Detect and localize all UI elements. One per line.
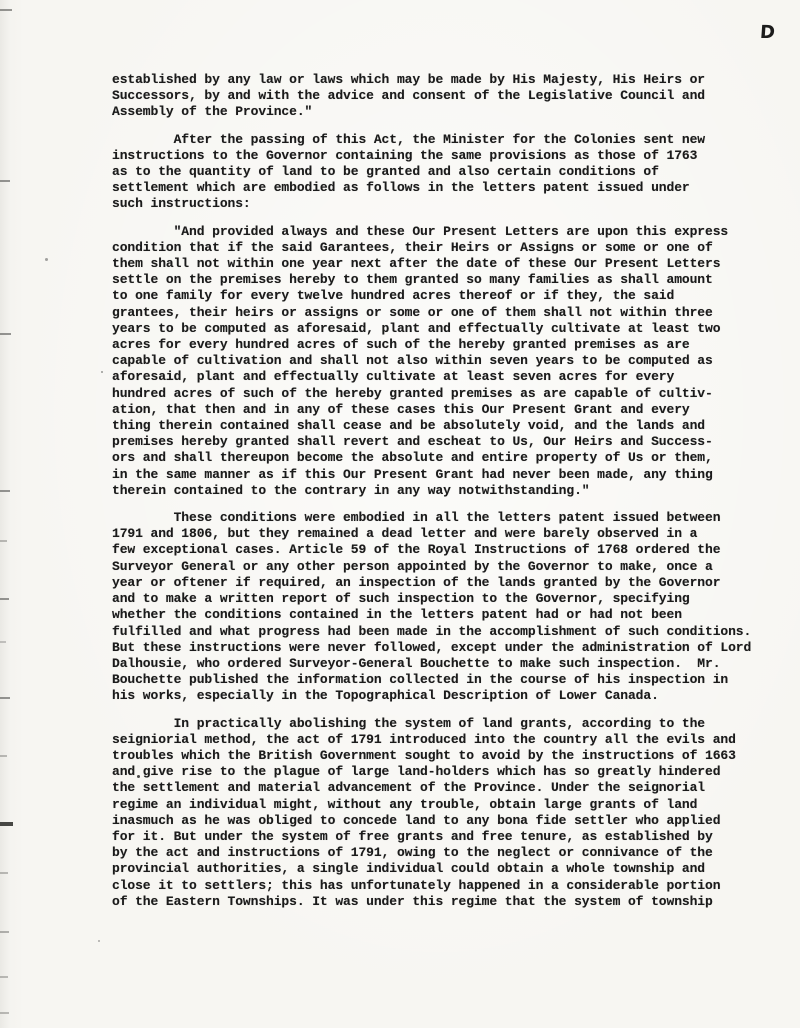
margin-mark (0, 540, 7, 542)
margin-mark (0, 872, 8, 874)
margin-mark (0, 976, 8, 978)
margin-mark (0, 9, 12, 11)
margin-mark (0, 641, 6, 643)
margin-mark (0, 598, 9, 600)
margin-mark (0, 822, 13, 826)
margin-mark (0, 333, 11, 335)
scan-speck (137, 775, 140, 778)
paragraph: "And provided always and these Our Prese… (112, 224, 800, 499)
page-label: D (759, 22, 775, 43)
scan-speck (45, 258, 48, 261)
scan-speck (101, 371, 103, 373)
paragraph: These conditions were embodied in all th… (112, 510, 800, 704)
margin-mark (0, 697, 10, 699)
scan-speck (98, 940, 100, 942)
paragraph: In practically abolishing the system of … (112, 716, 800, 910)
margin-mark (0, 180, 10, 182)
margin-mark (0, 1012, 9, 1014)
scanned-document-page: D established by any law or laws which m… (0, 0, 800, 1028)
margin-mark (0, 755, 7, 757)
paragraph: After the passing of this Act, the Minis… (112, 132, 800, 213)
page-text: established by any law or laws which may… (112, 72, 800, 910)
paragraph: established by any law or laws which may… (112, 72, 800, 121)
margin-mark (0, 931, 9, 933)
margin-mark (0, 490, 10, 492)
